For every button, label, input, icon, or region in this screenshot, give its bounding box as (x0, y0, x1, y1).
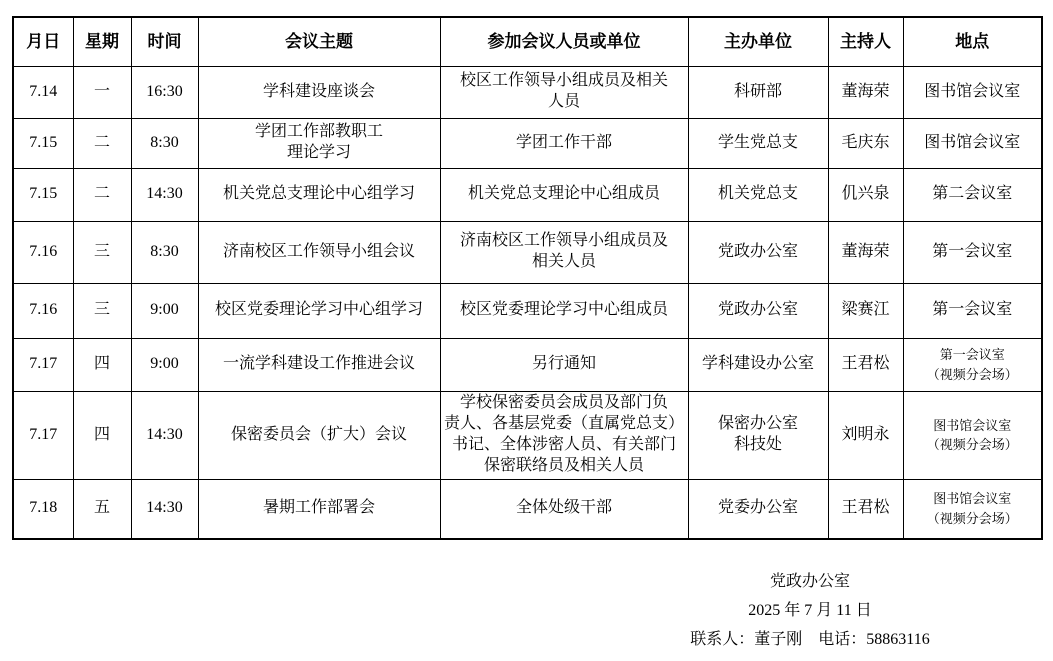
cell-date: 7.16 (13, 221, 73, 283)
header-date: 月日 (13, 17, 73, 66)
cell-participants: 学校保密委员会成员及部门负 责人、各基层党委（直属党总支） 书记、全体涉密人员、… (440, 391, 688, 479)
cell-participants: 机关党总支理论中心组成员 (440, 168, 688, 221)
table-row: 7.15二14:30机关党总支理论中心组学习机关党总支理论中心组成员机关党总支仉… (13, 168, 1042, 221)
cell-location: 图书馆会议室 （视频分会场） (903, 391, 1042, 479)
cell-organizer: 科研部 (688, 66, 828, 118)
table-row: 7.16三8:30济南校区工作领导小组会议济南校区工作领导小组成员及 相关人员党… (13, 221, 1042, 283)
footer: 党政办公室 2025 年 7 月 11 日 联系人：董子刚 电话：5886311… (600, 567, 1020, 654)
cell-organizer: 保密办公室 科技处 (688, 391, 828, 479)
cell-date: 7.18 (13, 479, 73, 539)
cell-weekday: 一 (73, 66, 131, 118)
cell-host: 梁赛江 (828, 283, 903, 338)
cell-organizer: 党委办公室 (688, 479, 828, 539)
footer-office: 党政办公室 (600, 567, 1020, 596)
cell-weekday: 三 (73, 221, 131, 283)
table-header: 月日星期时间会议主题参加会议人员或单位主办单位主持人地点 (13, 17, 1042, 66)
cell-participants: 全体处级干部 (440, 479, 688, 539)
cell-organizer: 机关党总支 (688, 168, 828, 221)
cell-topic: 一流学科建设工作推进会议 (198, 338, 440, 391)
cell-weekday: 四 (73, 338, 131, 391)
cell-topic: 机关党总支理论中心组学习 (198, 168, 440, 221)
cell-topic: 济南校区工作领导小组会议 (198, 221, 440, 283)
header-participants: 参加会议人员或单位 (440, 17, 688, 66)
cell-date: 7.16 (13, 283, 73, 338)
cell-time: 8:30 (131, 221, 198, 283)
cell-location: 第二会议室 (903, 168, 1042, 221)
cell-host: 仉兴泉 (828, 168, 903, 221)
cell-time: 9:00 (131, 283, 198, 338)
cell-weekday: 四 (73, 391, 131, 479)
cell-date: 7.17 (13, 338, 73, 391)
table-row: 7.18五14:30暑期工作部署会全体处级干部党委办公室王君松图书馆会议室 （视… (13, 479, 1042, 539)
meeting-schedule-page: 月日星期时间会议主题参加会议人员或单位主办单位主持人地点 7.14一16:30学… (0, 0, 1053, 661)
cell-topic: 保密委员会（扩大）会议 (198, 391, 440, 479)
header-row: 月日星期时间会议主题参加会议人员或单位主办单位主持人地点 (13, 17, 1042, 66)
cell-time: 14:30 (131, 168, 198, 221)
cell-host: 王君松 (828, 479, 903, 539)
cell-weekday: 五 (73, 479, 131, 539)
cell-participants: 校区党委理论学习中心组成员 (440, 283, 688, 338)
cell-location: 图书馆会议室 (903, 118, 1042, 168)
header-weekday: 星期 (73, 17, 131, 66)
table-row: 7.16三9:00校区党委理论学习中心组学习校区党委理论学习中心组成员党政办公室… (13, 283, 1042, 338)
cell-host: 刘明永 (828, 391, 903, 479)
cell-organizer: 学科建设办公室 (688, 338, 828, 391)
cell-host: 王君松 (828, 338, 903, 391)
table-body: 7.14一16:30学科建设座谈会校区工作领导小组成员及相关 人员科研部董海荣图… (13, 66, 1042, 539)
cell-host: 董海荣 (828, 66, 903, 118)
header-host: 主持人 (828, 17, 903, 66)
cell-time: 8:30 (131, 118, 198, 168)
cell-location: 第一会议室 （视频分会场） (903, 338, 1042, 391)
cell-date: 7.17 (13, 391, 73, 479)
cell-participants: 济南校区工作领导小组成员及 相关人员 (440, 221, 688, 283)
cell-location: 图书馆会议室 （视频分会场） (903, 479, 1042, 539)
header-topic: 会议主题 (198, 17, 440, 66)
meeting-schedule-table: 月日星期时间会议主题参加会议人员或单位主办单位主持人地点 7.14一16:30学… (12, 16, 1043, 540)
cell-location: 图书馆会议室 (903, 66, 1042, 118)
cell-participants: 学团工作干部 (440, 118, 688, 168)
cell-time: 14:30 (131, 391, 198, 479)
cell-participants: 另行通知 (440, 338, 688, 391)
cell-date: 7.14 (13, 66, 73, 118)
header-organizer: 主办单位 (688, 17, 828, 66)
footer-contact: 联系人：董子刚 电话：58863116 (600, 625, 1020, 654)
cell-weekday: 二 (73, 168, 131, 221)
cell-topic: 暑期工作部署会 (198, 479, 440, 539)
table-row: 7.17四14:30保密委员会（扩大）会议学校保密委员会成员及部门负 责人、各基… (13, 391, 1042, 479)
cell-topic: 学科建设座谈会 (198, 66, 440, 118)
cell-weekday: 三 (73, 283, 131, 338)
table-row: 7.14一16:30学科建设座谈会校区工作领导小组成员及相关 人员科研部董海荣图… (13, 66, 1042, 118)
header-location: 地点 (903, 17, 1042, 66)
cell-time: 9:00 (131, 338, 198, 391)
cell-date: 7.15 (13, 168, 73, 221)
cell-date: 7.15 (13, 118, 73, 168)
cell-location: 第一会议室 (903, 221, 1042, 283)
header-time: 时间 (131, 17, 198, 66)
cell-participants: 校区工作领导小组成员及相关 人员 (440, 66, 688, 118)
table-row: 7.15二8:30学团工作部教职工 理论学习学团工作干部学生党总支毛庆东图书馆会… (13, 118, 1042, 168)
cell-time: 14:30 (131, 479, 198, 539)
cell-topic: 学团工作部教职工 理论学习 (198, 118, 440, 168)
cell-time: 16:30 (131, 66, 198, 118)
cell-organizer: 党政办公室 (688, 221, 828, 283)
cell-topic: 校区党委理论学习中心组学习 (198, 283, 440, 338)
cell-weekday: 二 (73, 118, 131, 168)
cell-location: 第一会议室 (903, 283, 1042, 338)
cell-organizer: 学生党总支 (688, 118, 828, 168)
cell-host: 毛庆东 (828, 118, 903, 168)
footer-date: 2025 年 7 月 11 日 (600, 596, 1020, 625)
cell-organizer: 党政办公室 (688, 283, 828, 338)
table-row: 7.17四9:00一流学科建设工作推进会议另行通知学科建设办公室王君松第一会议室… (13, 338, 1042, 391)
cell-host: 董海荣 (828, 221, 903, 283)
